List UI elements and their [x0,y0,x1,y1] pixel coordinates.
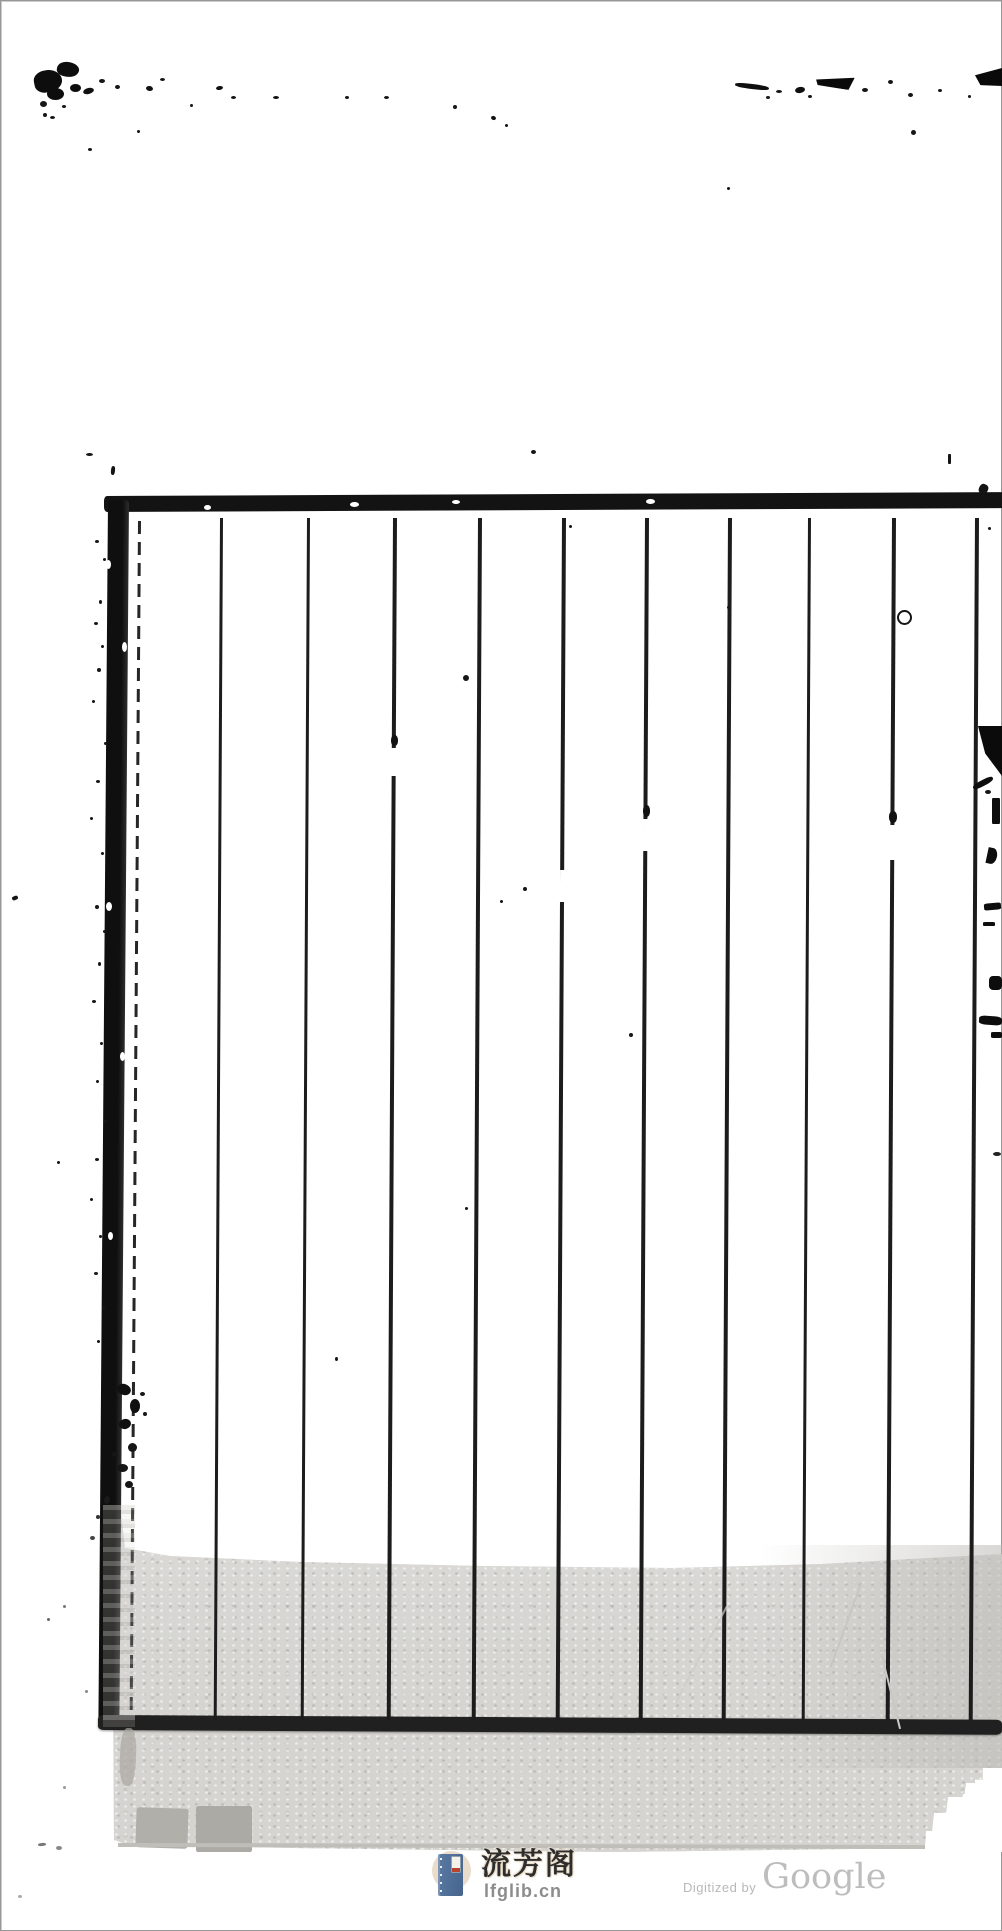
column-rule [387,518,397,1720]
ink-mark [391,748,400,776]
column-rule [969,518,979,1720]
ink-mark [795,86,806,94]
ink-mark [938,89,942,92]
ink-mark [85,1690,88,1693]
ink-mark [569,525,572,528]
ink-mark [204,505,211,510]
ink-mark [95,1158,99,1161]
ink-mark [50,116,55,119]
ink-mark [97,668,101,672]
ink-mark [643,805,650,817]
ink-mark [102,1306,105,1309]
ink-mark [106,902,112,911]
ink-mark [991,1032,1002,1038]
ink-mark [889,825,899,860]
ink-mark [115,85,120,89]
ink-mark [862,88,868,92]
ink-mark [47,88,64,100]
ink-mark [984,902,1002,910]
ink-mark [18,1895,22,1898]
watermark-book-icon [438,1854,463,1896]
ink-mark [117,1464,128,1472]
ink-mark [104,1120,107,1123]
ink-mark [908,93,913,97]
column-rule [722,518,732,1720]
ink-mark [99,79,105,83]
ink-mark [985,790,991,794]
column-rule [886,518,896,1720]
ink-mark [130,1399,140,1413]
ink-mark [975,68,1002,86]
ink-mark [63,1786,66,1789]
column-rule [301,518,310,1720]
ink-mark [90,817,93,820]
scanned-page: 流芳阁 lfglib.cn Digitized by Google [0,0,1002,1931]
ink-mark [100,1042,103,1045]
ink-mark [978,726,1002,776]
column-rule [556,518,566,1720]
ink-mark [500,900,503,903]
ink-mark [735,82,769,91]
ink-mark [96,1080,99,1083]
ink-mark [90,1198,93,1201]
ink-mark [992,798,1000,824]
ink-mark [897,610,912,625]
ink-mark [11,895,18,901]
ink-mark [727,187,730,190]
ink-mark [490,115,496,120]
ink-mark [95,540,99,543]
ink-mark [62,105,66,108]
ink-mark [231,96,236,99]
ink-mark [111,466,116,475]
ink-mark [808,95,812,98]
ink-mark [988,527,991,530]
ink-mark [629,1033,633,1037]
column-rule [472,518,482,1720]
ink-mark [94,622,98,625]
ink-mark [103,558,106,561]
ink-mark [137,130,140,133]
ink-mark [643,819,652,851]
ink-mark [560,870,569,902]
ink-mark [90,1536,95,1540]
ink-mark [88,148,92,151]
ink-mark [94,1272,98,1275]
ink-mark [120,1052,125,1061]
ink-mark [103,930,106,933]
google-wordmark: Google [762,1857,886,1897]
column-rule [639,518,649,1720]
ink-mark [911,130,916,135]
ink-mark [888,80,893,84]
ink-mark [989,976,1002,990]
ink-mark [98,962,101,966]
ink-mark [122,642,127,652]
ink-mark [82,87,94,96]
ink-mark [335,1357,338,1361]
ink-mark [350,502,359,507]
frame-top-border [104,492,1002,512]
ink-mark [273,96,279,99]
ink-mark [727,606,730,609]
ink-mark [815,72,854,90]
ink-mark [985,847,998,865]
ink-mark [345,96,349,99]
ink-mark [125,1481,133,1488]
ink-mark [47,1618,50,1621]
ink-mark [108,1232,113,1240]
ink-mark [968,95,971,98]
ink-mark [889,811,897,823]
ink-mark [766,96,770,99]
ink-mark [452,500,460,504]
column-rule [214,518,223,1720]
ink-mark [101,645,104,648]
ink-mark [216,86,223,91]
ink-mark [646,499,655,504]
ink-mark [140,1392,145,1396]
ink-mark [92,1000,96,1003]
ink-mark [40,101,47,107]
ink-mark [463,675,469,681]
ink-mark [391,735,398,746]
digitized-by-label: Digitized by [683,1880,756,1896]
ink-mark [56,1846,62,1850]
ink-mark [70,84,81,92]
ink-mark [99,1235,102,1238]
ink-mark [112,1452,117,1457]
watermark-title: 流芳阁 [481,1847,577,1883]
ink-mark [993,1152,1001,1156]
ink-mark [63,1605,66,1608]
ink-mark [97,1340,100,1343]
ink-mark [523,887,527,891]
ink-mark [146,85,154,91]
ink-mark [99,600,102,604]
ink-mark [104,742,107,745]
ink-mark [95,905,99,909]
ink-mark [384,96,389,99]
ink-mark [96,1515,100,1519]
ink-mark [948,454,951,464]
ink-mark [128,1443,137,1452]
ink-mark [190,104,193,107]
ink-mark [106,560,111,569]
ink-mark [453,105,457,109]
frame-left-border-fade [103,1505,135,1727]
ink-mark [143,1412,147,1416]
ink-mark [43,113,47,117]
ink-mark [505,124,508,127]
ink-mark [38,1843,46,1847]
ink-mark [57,1161,60,1164]
ink-mark [92,700,95,703]
ink-mark [776,90,782,93]
column-rule [802,518,811,1720]
watermark-url: lfglib.cn [484,1881,562,1901]
ink-mark [96,780,100,783]
ink-mark [983,922,995,926]
ink-mark [531,450,536,454]
ink-mark [465,1207,468,1210]
ink-mark [101,852,104,855]
ink-mark [86,453,93,456]
ink-mark [160,78,165,81]
ink-mark [979,1015,1002,1026]
